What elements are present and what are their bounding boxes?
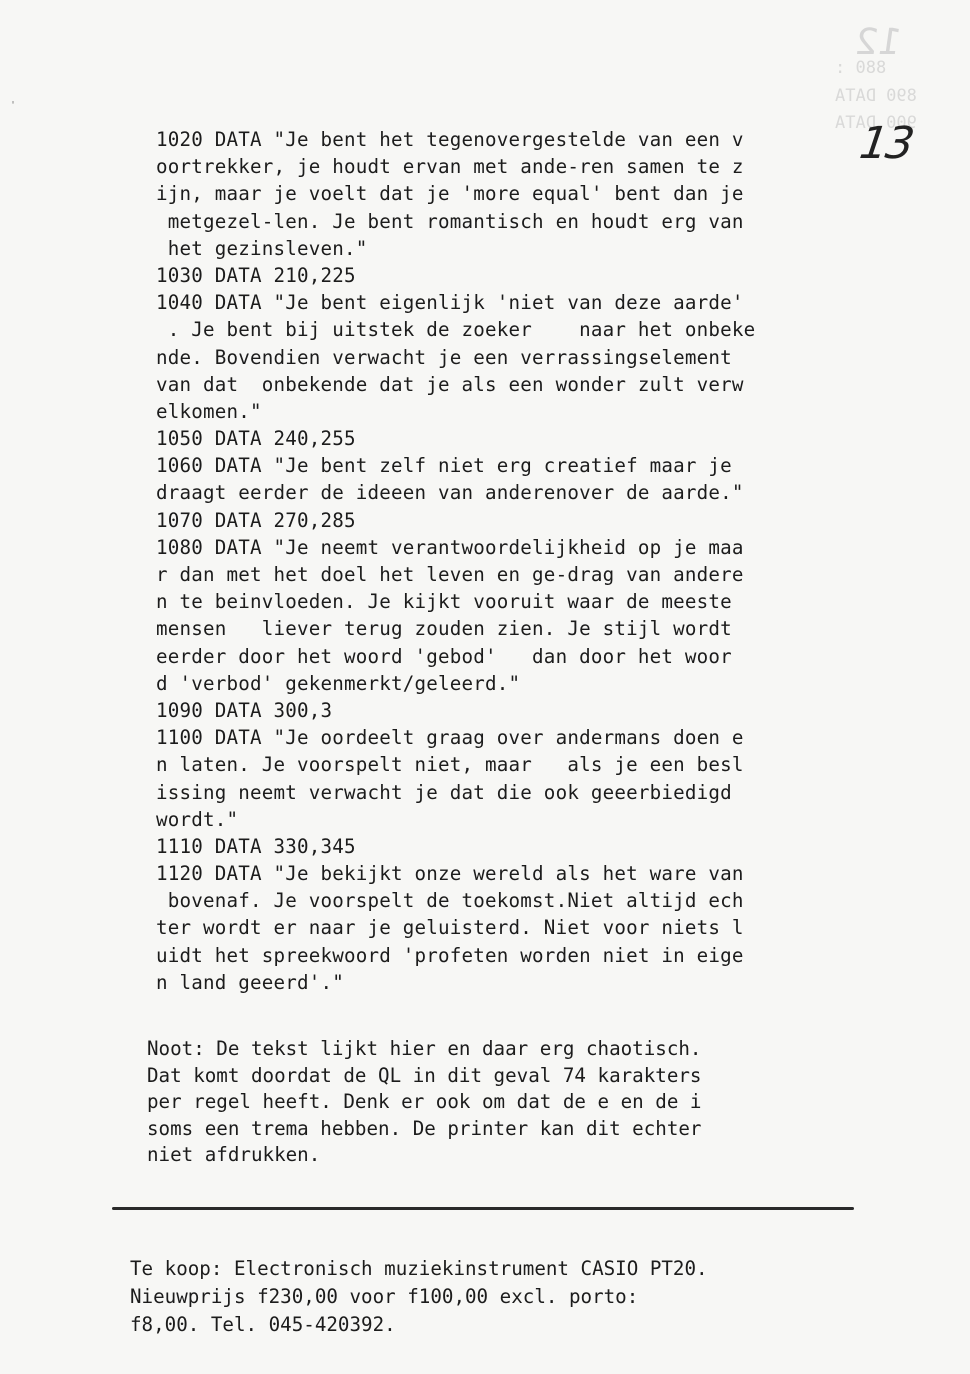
listing-line: d 'verbod' gekenmerkt/geleerd." xyxy=(156,670,896,697)
listing-line: n land geeerd'." xyxy=(156,969,896,996)
listing-line: bovenaf. Je voorspelt de toekomst.Niet a… xyxy=(156,887,896,914)
listing-line: 1100 DATA "Je oordeelt graag over anderm… xyxy=(156,724,896,751)
listing-line: uidt het spreekwoord 'profeten worden ni… xyxy=(156,942,896,969)
listing-line: 1030 DATA 210,225 xyxy=(156,262,896,289)
note-line: Noot: De tekst lijkt hier en daar erg ch… xyxy=(147,1036,702,1063)
note-line: soms een trema hebben. De printer kan di… xyxy=(147,1116,702,1143)
stray-mark: ' xyxy=(10,100,16,111)
listing-line: 1120 DATA "Je bekijkt onze wereld als he… xyxy=(156,860,896,887)
listing-line: 1050 DATA 240,255 xyxy=(156,425,896,452)
listing-line: van dat onbekende dat je als een wonder … xyxy=(156,371,896,398)
listing-line: . Je bent bij uitstek de zoeker naar het… xyxy=(156,316,896,343)
listing-line: 1080 DATA "Je neemt verantwoordelijkheid… xyxy=(156,534,896,561)
basic-listing: 1020 DATA "Je bent het tegenovergestelde… xyxy=(156,126,896,996)
listing-line: metgezel-len. Je bent romantisch en houd… xyxy=(156,208,896,235)
listing-line: 1040 DATA "Je bent eigenlijk 'niet van d… xyxy=(156,289,896,316)
listing-line: wordt." xyxy=(156,806,896,833)
listing-line: draagt eerder de ideeen van anderenover … xyxy=(156,479,896,506)
listing-line: 1090 DATA 300,3 xyxy=(156,697,896,724)
listing-line: 1110 DATA 330,345 xyxy=(156,833,896,860)
classified-ad: Te koop: Electronisch muziekinstrument C… xyxy=(130,1255,708,1339)
listing-line: oortrekker, je houdt ervan met ande-ren … xyxy=(156,153,896,180)
listing-line: 1060 DATA "Je bent zelf niet erg creatie… xyxy=(156,452,896,479)
listing-line: n te beinvloeden. Je kijkt vooruit waar … xyxy=(156,588,896,615)
ad-line: Nieuwprijs f230,00 voor f100,00 excl. po… xyxy=(130,1283,708,1311)
listing-line: 1020 DATA "Je bent het tegenovergestelde… xyxy=(156,126,896,153)
listing-line: nde. Bovendien verwacht je een verrassin… xyxy=(156,344,896,371)
ad-line: Te koop: Electronisch muziekinstrument C… xyxy=(130,1255,708,1283)
listing-line: het gezinsleven." xyxy=(156,235,896,262)
note-line: per regel heeft. Denk er ook om dat de e… xyxy=(147,1089,702,1116)
ad-line: f8,00. Tel. 045-420392. xyxy=(130,1311,708,1339)
note-line: Dat komt doordat de QL in dit geval 74 k… xyxy=(147,1063,702,1090)
note-paragraph: Noot: De tekst lijkt hier en daar erg ch… xyxy=(147,1036,702,1169)
listing-line: ter wordt er naar je geluisterd. Niet vo… xyxy=(156,914,896,941)
listing-line: issing neemt verwacht je dat die ook gee… xyxy=(156,779,896,806)
ghost-line: 890 DATA xyxy=(835,86,917,106)
listing-line: mensen liever terug zouden zien. Je stij… xyxy=(156,615,896,642)
section-divider xyxy=(112,1207,854,1210)
listing-line: eerder door het woord 'gebod' dan door h… xyxy=(156,643,896,670)
note-line: niet afdrukken. xyxy=(147,1142,702,1169)
ghost-line: 880 : xyxy=(835,58,886,78)
listing-line: elkomen." xyxy=(156,398,896,425)
listing-line: 1070 DATA 270,285 xyxy=(156,507,896,534)
listing-line: n laten. Je voorspelt niet, maar als je … xyxy=(156,751,896,778)
ghost-page-number: 12 xyxy=(852,22,904,63)
listing-line: r dan met het doel het leven en ge-drag … xyxy=(156,561,896,588)
listing-line: ijn, maar je voelt dat je 'more equal' b… xyxy=(156,180,896,207)
